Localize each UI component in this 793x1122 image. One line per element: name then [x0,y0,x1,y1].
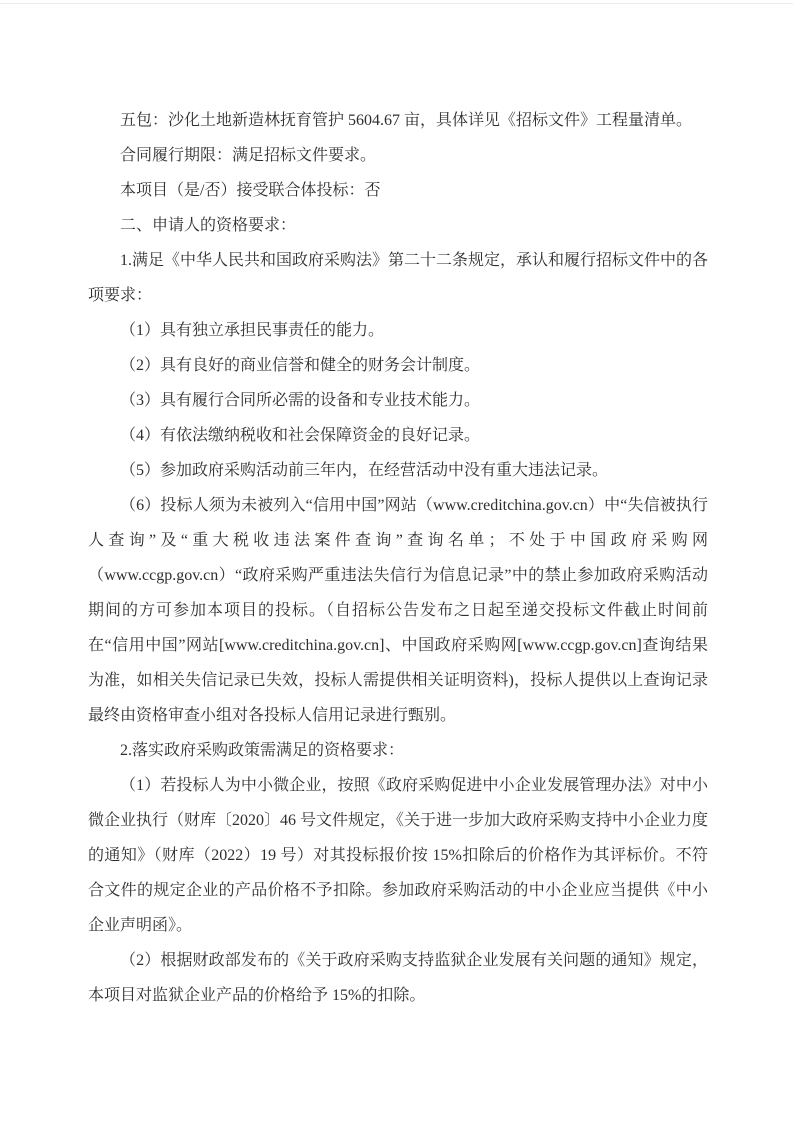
document-body: 五包：沙化土地新造林抚育管护 5604.67 亩，具体详见《招标文件》工程量清单… [88,103,708,1013]
paragraph: （1）若投标人为中小微企业，按照《政府采购促进中小企业发展管理办法》对中小微企业… [88,768,708,943]
paragraph: （2）根据财政部发布的《关于政府采购支持监狱企业发展有关问题的通知》规定，本项目… [88,943,708,1013]
document-page: 五包：沙化土地新造林抚育管护 5604.67 亩，具体详见《招标文件》工程量清单… [0,0,793,1122]
paragraph: 2.落实政府采购政策需满足的资格要求： [88,733,708,768]
paragraph: （4）有依法缴纳税收和社会保障资金的良好记录。 [88,418,708,453]
paragraph: 五包：沙化土地新造林抚育管护 5604.67 亩，具体详见《招标文件》工程量清单… [88,103,708,138]
paragraph: （3）具有履行合同所必需的设备和专业技术能力。 [88,383,708,418]
paragraph: 二、申请人的资格要求： [88,208,708,243]
paragraph: （6）投标人须为未被列入“信用中国”网站（www.creditchina.gov… [88,488,708,733]
paragraph: （5）参加政府采购活动前三年内，在经营活动中没有重大违法记录。 [88,453,708,488]
paragraph: 本项目（是/否）接受联合体投标：否 [88,173,708,208]
paragraph: （2）具有良好的商业信誉和健全的财务会计制度。 [88,348,708,383]
paragraph: 1.满足《中华人民共和国政府采购法》第二十二条规定，承认和履行招标文件中的各项要… [88,243,708,313]
scan-edge-artifact [0,3,793,4]
paragraph: （1）具有独立承担民事责任的能力。 [88,313,708,348]
paragraph: 合同履行期限：满足招标文件要求。 [88,138,708,173]
